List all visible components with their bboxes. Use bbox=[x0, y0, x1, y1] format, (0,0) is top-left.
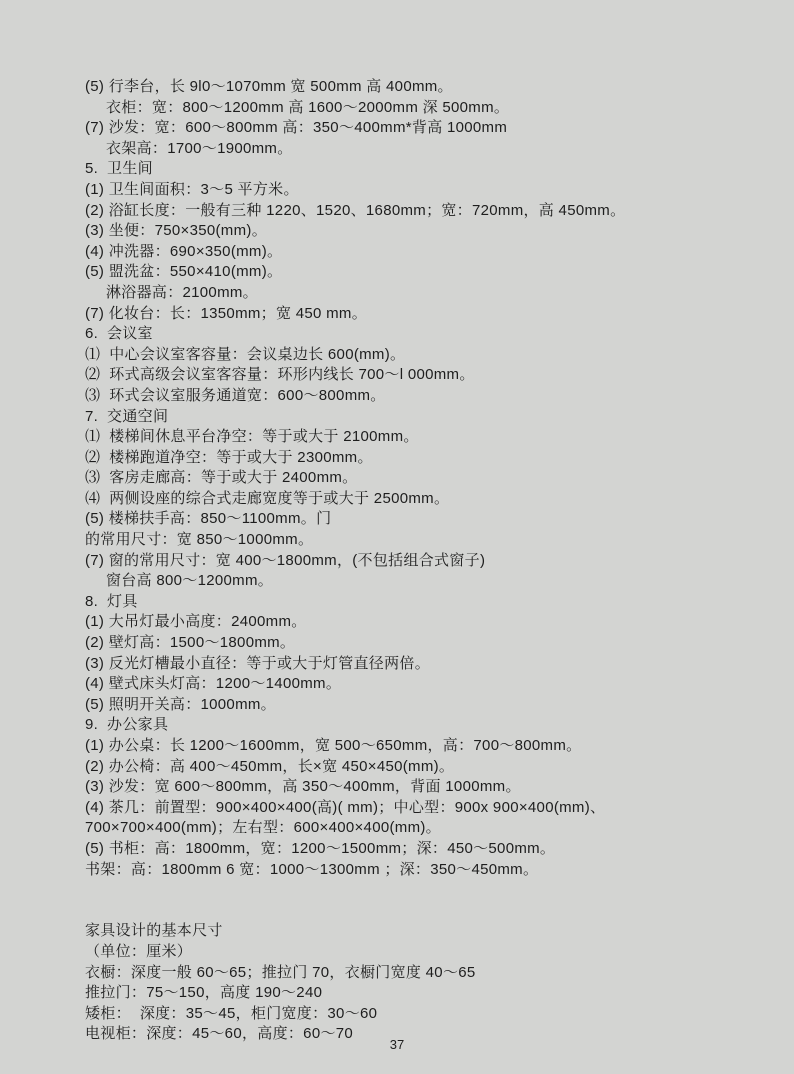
text-line: (2) 壁灯高：1500～1800mm。 bbox=[85, 633, 764, 654]
text-line: ⑶ 环式会议室服务通道宽：600～800mm。 bbox=[85, 386, 764, 407]
text-line: (2) 浴缸长度：一般有三种 1220、1520、1680mm；宽：720mm，… bbox=[85, 201, 764, 222]
text-line: (7) 化妆台：长：1350mm；宽 450 mm。 bbox=[85, 304, 764, 325]
text-line: （单位：厘米） bbox=[85, 942, 764, 963]
text-line: 矮柜： 深度：35～45，柜门宽度：30～60 bbox=[85, 1004, 764, 1025]
text-line: ⑵ 环式高级会议室客容量：环形内线长 700～l 000mm。 bbox=[85, 365, 764, 386]
text-line: 衣橱：深度一般 60～65；推拉门 70，衣橱门宽度 40～65 bbox=[85, 963, 764, 984]
text-line: (1) 大吊灯最小高度：2400mm。 bbox=[85, 612, 764, 633]
text-line: ⑵ 楼梯跑道净空：等于或大于 2300mm。 bbox=[85, 448, 764, 469]
text-line: 9. 办公家具 bbox=[85, 715, 764, 736]
text-line: 700×700×400(mm)；左右型：600×400×400(mm)。 bbox=[85, 818, 764, 839]
text-line: ⑴ 楼梯间休息平台净空：等于或大于 2100mm。 bbox=[85, 427, 764, 448]
text-line: 书架：高：1800mm 6 宽：1000～1300mm ；深：350～450mm… bbox=[85, 860, 764, 881]
text-line: ⑴ 中心会议室客容量：会议桌边长 600(mm)。 bbox=[85, 345, 764, 366]
text-line: (2) 办公椅：高 400～450mm，长×宽 450×450(mm)。 bbox=[85, 757, 764, 778]
text-line: (1) 卫生间面积：3～5 平方米。 bbox=[85, 180, 764, 201]
text-line: 家具设计的基本尺寸 bbox=[85, 921, 764, 942]
text-line bbox=[85, 880, 764, 901]
text-line: 淋浴器高：2100mm。 bbox=[85, 283, 764, 304]
text-line: (3) 坐便：750×350(mm)。 bbox=[85, 221, 764, 242]
page-number: 37 bbox=[0, 1037, 794, 1052]
text-line: (3) 反光灯槽最小直径：等于或大于灯管直径两倍。 bbox=[85, 654, 764, 675]
text-line: (1) 办公桌：长 1200～1600mm，宽 500～650mm，高：700～… bbox=[85, 736, 764, 757]
text-line: (7) 窗的常用尺寸：宽 400～1800mm，(不包括组合式窗子) bbox=[85, 551, 764, 572]
text-line: ⑷ 两侧设座的综合式走廊宽度等于或大于 2500mm。 bbox=[85, 489, 764, 510]
text-line: (5) 书柜：高：1800mm，宽：1200～1500mm；深：450～500m… bbox=[85, 839, 764, 860]
text-line: 7. 交通空间 bbox=[85, 407, 764, 428]
text-line: 衣架高：1700～1900mm。 bbox=[85, 139, 764, 160]
text-line: (5) 行李台，长 9l0～1070mm 宽 500mm 高 400mm。 bbox=[85, 77, 764, 98]
document-page: (5) 行李台，长 9l0～1070mm 宽 500mm 高 400mm。衣柜：… bbox=[0, 0, 794, 1074]
text-line: 5. 卫生间 bbox=[85, 159, 764, 180]
text-line: 8. 灯具 bbox=[85, 592, 764, 613]
text-line: (4) 茶几：前置型：900×400×400(高)( mm)；中心型：900x … bbox=[85, 798, 764, 819]
text-line: (5) 盟洗盆：550×410(mm)。 bbox=[85, 262, 764, 283]
text-line: (7) 沙发：宽：600～800mm 高：350～400mm*背高 1000mm bbox=[85, 118, 764, 139]
text-line: (5) 楼梯扶手高：850～1100mm。门 bbox=[85, 509, 764, 530]
text-line: (5) 照明开关高：1000mm。 bbox=[85, 695, 764, 716]
text-line: (4) 壁式床头灯高：1200～1400mm。 bbox=[85, 674, 764, 695]
text-line: (4) 冲洗器：690×350(mm)。 bbox=[85, 242, 764, 263]
text-line: 的常用尺寸：宽 850～1000mm。 bbox=[85, 530, 764, 551]
text-line: 窗台高 800～1200mm。 bbox=[85, 571, 764, 592]
text-line: 推拉门：75～150，高度 190～240 bbox=[85, 983, 764, 1004]
text-line bbox=[85, 901, 764, 922]
text-line: 衣柜：宽：800～1200mm 高 1600～2000mm 深 500mm。 bbox=[85, 98, 764, 119]
text-block: (5) 行李台，长 9l0～1070mm 宽 500mm 高 400mm。衣柜：… bbox=[85, 77, 764, 1045]
text-line: 6. 会议室 bbox=[85, 324, 764, 345]
text-line: (3) 沙发：宽 600～800mm，高 350～400mm，背面 1000mm… bbox=[85, 777, 764, 798]
text-line: ⑶ 客房走廊高：等于或大于 2400mm。 bbox=[85, 468, 764, 489]
